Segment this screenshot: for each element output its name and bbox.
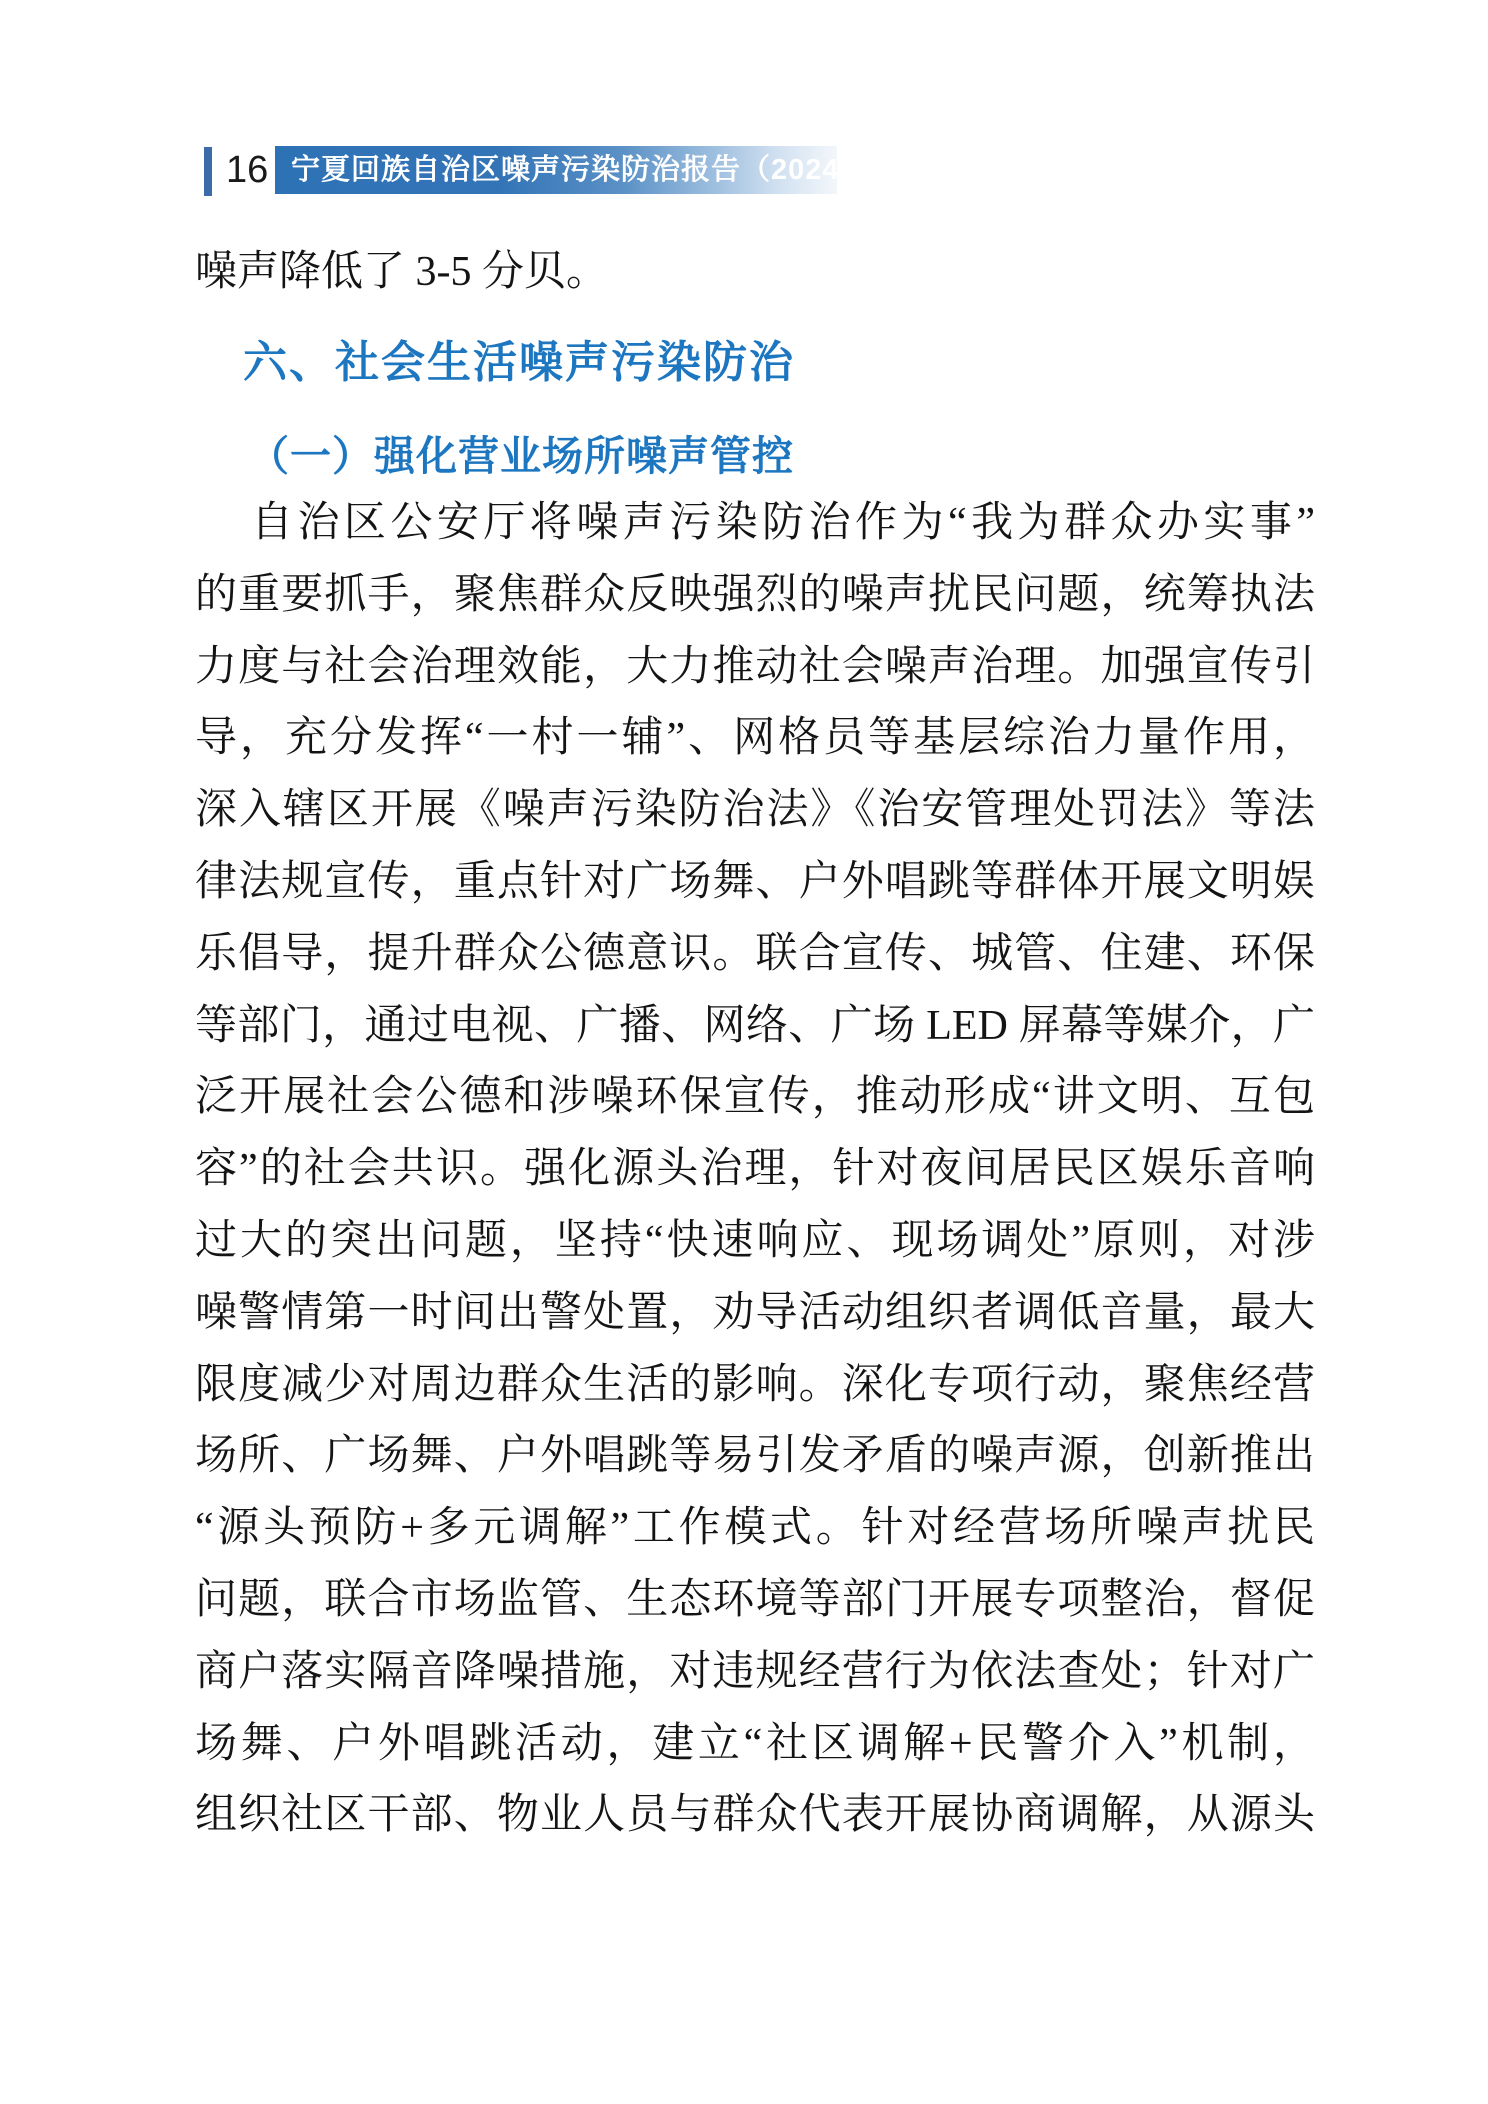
section-heading: 六、社会生活噪声污染防治	[243, 326, 795, 390]
paragraph-line: 噪警情第一时间出警处置，劝导活动组织者调低音量，最大	[195, 1284, 1315, 1356]
header-title: 宁夏回族自治区噪声污染防治报告（2024 年）	[275, 146, 837, 194]
header-banner: 宁夏回族自治区噪声污染防治报告（2024 年）	[275, 146, 837, 194]
intro-sentence: 噪声降低了 3-5 分贝。	[195, 238, 608, 298]
paragraph-line: “源头预防+多元调解”工作模式。针对经营场所噪声扰民	[195, 1499, 1315, 1571]
paragraph-line: 泛开展社会公德和涉噪环保宣传，推动形成“讲文明、互包	[195, 1068, 1315, 1140]
body-paragraph: 自治区公安厅将噪声污染防治作为“我为群众办实事”的重要抓手，聚焦群众反映强烈的噪…	[195, 494, 1315, 1858]
paragraph-line: 自治区公安厅将噪声污染防治作为“我为群众办实事”	[195, 494, 1315, 566]
page-number: 16	[226, 144, 268, 196]
paragraph-line: 组织社区干部、物业人员与群众代表开展协商调解，从源头	[195, 1786, 1315, 1858]
paragraph-line: 场所、广场舞、户外唱跳等易引发矛盾的噪声源，创新推出	[195, 1427, 1315, 1499]
paragraph-line: 力度与社会治理效能，大力推动社会噪声治理。加强宣传引	[195, 638, 1315, 710]
subsection-heading: （一）强化营业场所噪声管控	[248, 423, 794, 482]
paragraph-line: 容”的社会共识。强化源头治理，针对夜间居民区娱乐音响	[195, 1140, 1315, 1212]
paragraph-line: 限度减少对周边群众生活的影响。深化专项行动，聚焦经营	[195, 1356, 1315, 1428]
paragraph-line: 导，充分发挥“一村一辅”、网格员等基层综治力量作用，	[195, 709, 1315, 781]
paragraph-line: 过大的突出问题，坚持“快速响应、现场调处”原则，对涉	[195, 1212, 1315, 1284]
paragraph-line: 等部门，通过电视、广播、网络、广场 LED 屏幕等媒介，广	[195, 997, 1315, 1069]
document-page: 16 宁夏回族自治区噪声污染防治报告（2024 年） 噪声降低了 3-5 分贝。…	[0, 0, 1488, 2104]
paragraph-line: 深入辖区开展《噪声污染防治法》《治安管理处罚法》等法	[195, 781, 1315, 853]
paragraph-line: 场舞、户外唱跳活动，建立“社区调解+民警介入”机制，	[195, 1715, 1315, 1787]
paragraph-line: 律法规宣传，重点针对广场舞、户外唱跳等群体开展文明娱	[195, 853, 1315, 925]
paragraph-line: 的重要抓手，聚焦群众反映强烈的噪声扰民问题，统筹执法	[195, 566, 1315, 638]
paragraph-line: 乐倡导，提升群众公德意识。联合宣传、城管、住建、环保	[195, 925, 1315, 997]
paragraph-line: 问题，联合市场监管、生态环境等部门开展专项整治，督促	[195, 1571, 1315, 1643]
paragraph-line: 商户落实隔音降噪措施，对违规经营行为依法查处；针对广	[195, 1643, 1315, 1715]
header-rule-bar	[204, 147, 212, 196]
